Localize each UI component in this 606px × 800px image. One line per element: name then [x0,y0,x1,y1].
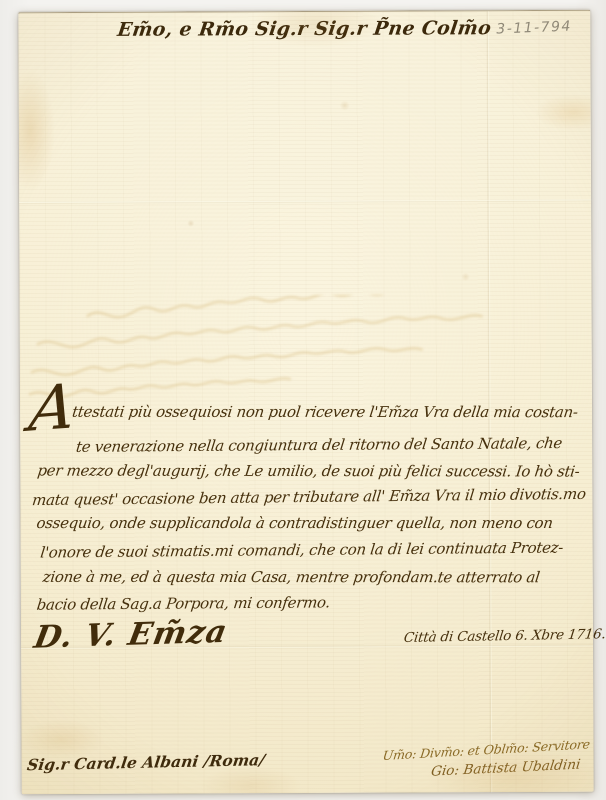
body-line: bacio della Sag.a Porpora, mi confermo. [36,593,331,613]
fold-crease-vertical [486,11,492,792]
body-line: mata quest' occasione ben atta per tribu… [31,485,587,509]
signature-name: Gio: Battista Ubaldini [430,757,581,780]
drop-cap-initial: A [27,376,79,441]
body-line: l'onore de suoi stimatis.mi comandi, che… [39,539,564,562]
body-paragraph: A ttestati più ossequiosi non puol ricev… [18,11,590,13]
valediction: D. V. Em̃za [31,614,230,656]
body-line: zione à me, ed à questa mia Casa, mentre… [42,568,541,586]
show-through-writing-icon [28,294,584,408]
body-line: ossequio, onde supplicandola à contradis… [36,514,554,532]
scan-background: Em̃o, e Rm̃o Sig.r Sig.r P̃ne Colm̃o 3-1… [0,0,606,800]
dateline: Città di Castello 6. Xbre 1716. [403,626,606,646]
archival-number-pencil: 3-11-794 [497,19,573,38]
body-line: per mezzo degl'augurij, che Le umilio, d… [36,462,580,481]
address-line: Sig.r Card.le Albani /Roma/ [26,750,266,774]
body-line: ttestati più ossequiosi non puol ricever… [71,403,579,421]
body-line: te venerazione nella congiuntura del rit… [75,434,563,456]
letter-paper: Em̃o, e Rm̃o Sig.r Sig.r P̃ne Colm̃o 3-1… [18,10,593,794]
fold-crease-horizontal-upper [19,199,591,204]
